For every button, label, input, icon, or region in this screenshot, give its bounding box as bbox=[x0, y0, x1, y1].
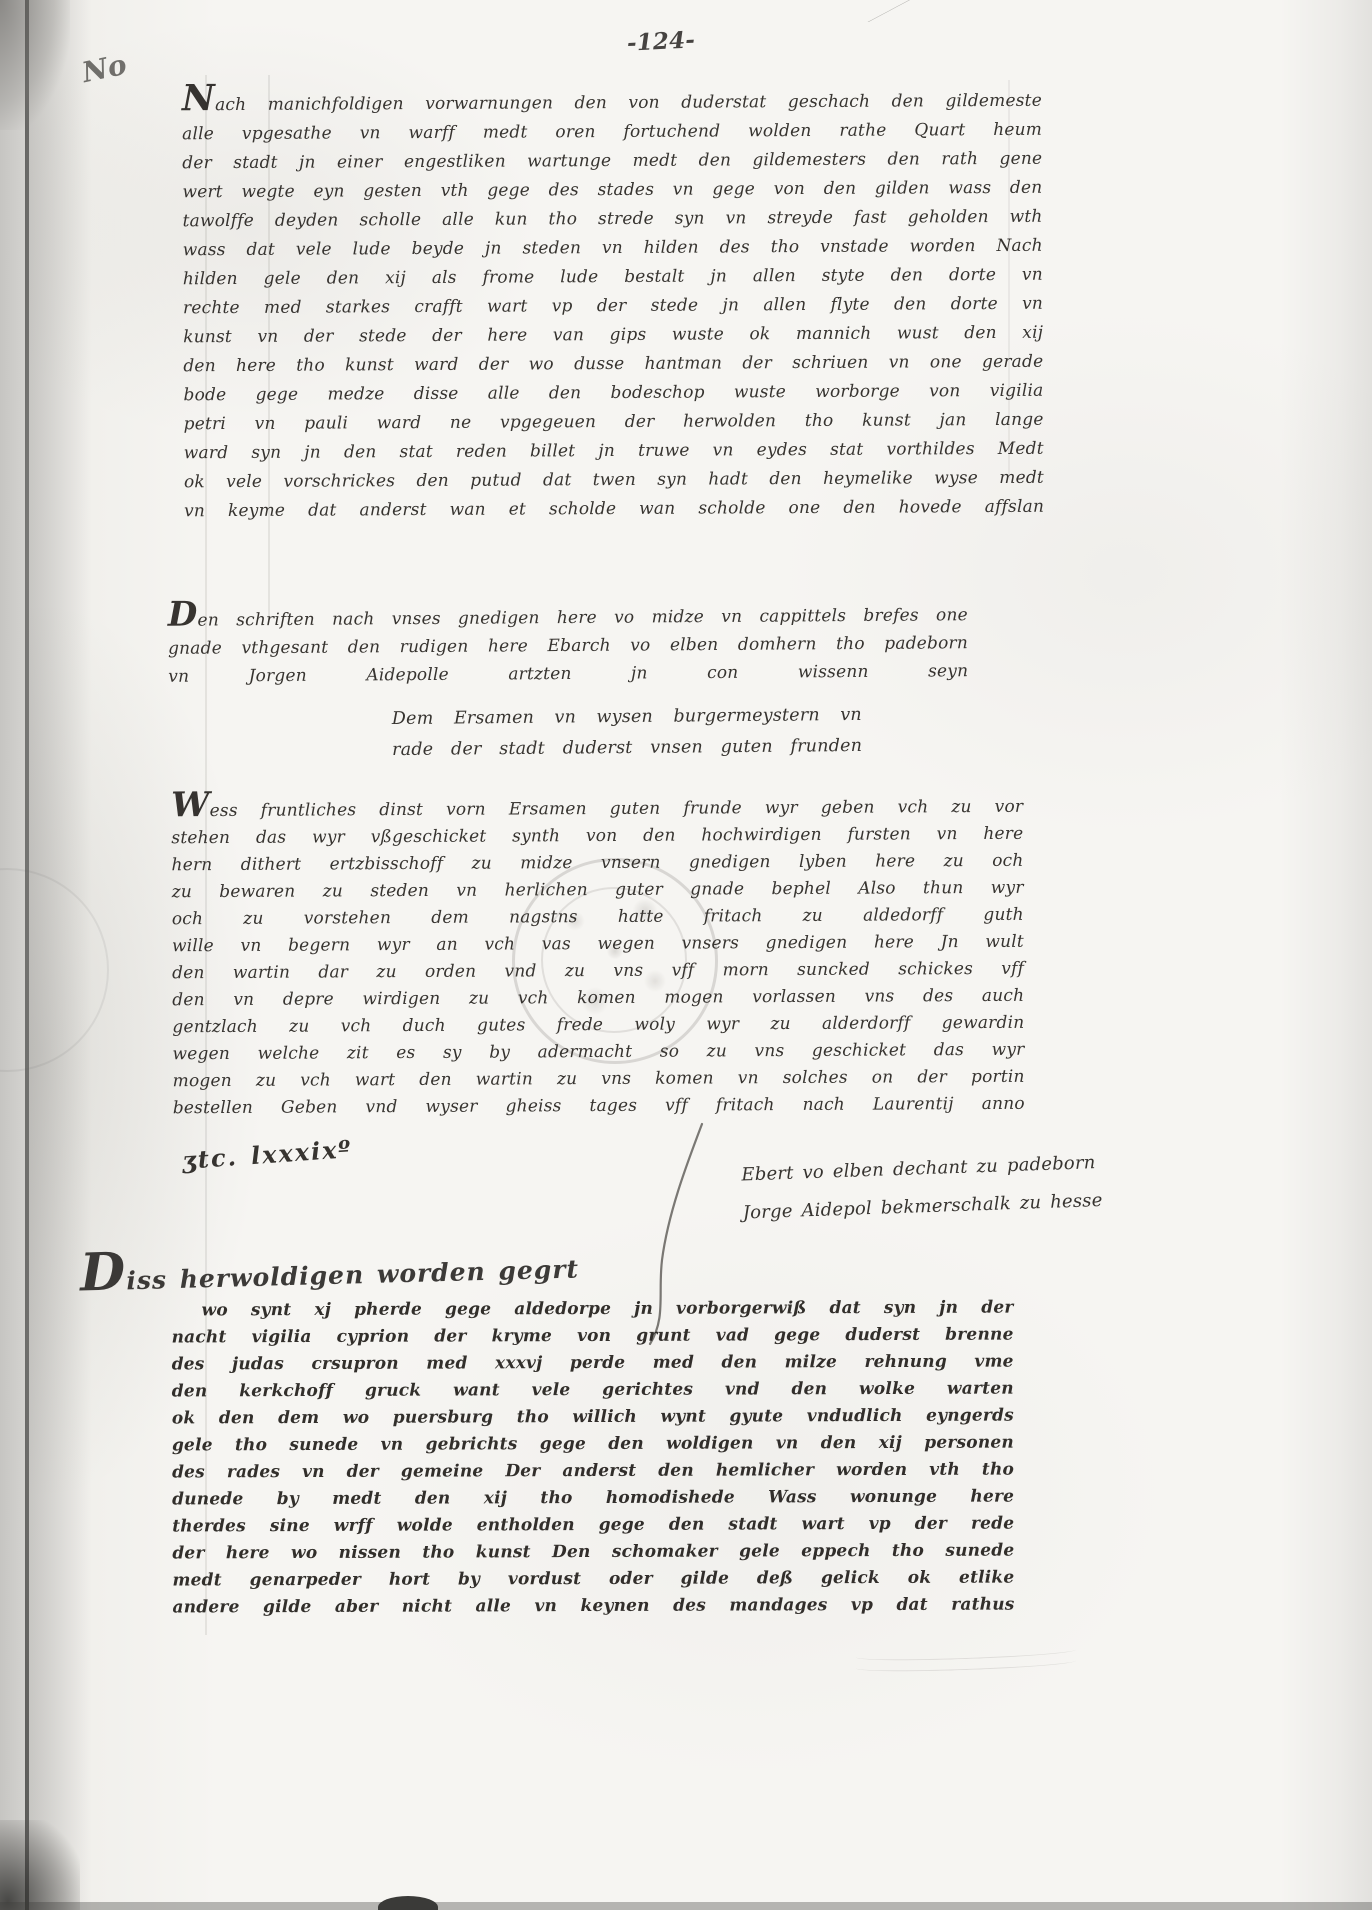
manuscript-line: ward syn jn den stat reden billet jn tru… bbox=[184, 435, 1044, 469]
manuscript-line: Den schriften nach vnses gnedigen here v… bbox=[168, 595, 968, 635]
paragraph-reply-account: wo synt xj pherde gege aldedorpe jn vorb… bbox=[171, 1295, 1014, 1622]
manuscript-line: den kerkchoff gruck want vele gerichtes … bbox=[172, 1376, 1014, 1406]
manuscript-line: rade der stadt duderst vnsen guten frund… bbox=[392, 731, 862, 766]
manuscript-line: andere gilde aber nicht alle vn keynen d… bbox=[172, 1592, 1014, 1622]
manuscript-line: nacht vigilia cyprion der kryme von grun… bbox=[172, 1322, 1014, 1352]
paragraph-report-of-warnings: Nach manichfoldigen vorwarnungen den von… bbox=[182, 80, 1044, 526]
address-block: Dem Ersamen vn wysen burgermeystern vnra… bbox=[392, 700, 863, 766]
manuscript-line: des judas crsupron med xxxvj perde med d… bbox=[172, 1349, 1014, 1379]
manuscript-line: bestellen Geben vnd wyser gheiss tages v… bbox=[173, 1091, 1025, 1122]
manuscript-line: Nach manichfoldigen vorwarnungen den von… bbox=[182, 80, 1042, 121]
bottom-left-stain bbox=[0, 1820, 80, 1910]
manuscript-line: rechte med starkes crafft wart vp der st… bbox=[183, 290, 1043, 324]
manuscript-line: vn Jorgen Aidepolle artzten jn con wisse… bbox=[168, 657, 968, 691]
folio-number: -124- bbox=[595, 25, 726, 59]
manuscript-line: der here wo nissen tho kunst Den schomak… bbox=[172, 1538, 1014, 1568]
manuscript-line: gele tho sunede vn gebrichts gege den wo… bbox=[172, 1430, 1014, 1460]
top-edge-fold-crease bbox=[808, 0, 918, 22]
top-left-stain bbox=[0, 0, 70, 130]
faint-pencil-marks bbox=[856, 1648, 1076, 1682]
paragraph-letter-body: Wess fruntliches dinst vorn Ersamen gute… bbox=[171, 788, 1025, 1122]
signature-block: Ebert vo elben dechant zu padebornJorge … bbox=[741, 1140, 1229, 1233]
manuscript-line: hilden gele den xij als frome lude besta… bbox=[183, 261, 1043, 295]
manuscript-line: wass dat vele lude beyde jn steden vn hi… bbox=[183, 232, 1043, 266]
manuscript-line: der stadt jn einer engestliken wartunge … bbox=[182, 145, 1042, 179]
manuscript-line: therdes sine wrff wolde entholden gege d… bbox=[172, 1511, 1014, 1541]
manuscript-line: Wess fruntliches dinst vorn Ersamen gute… bbox=[171, 788, 1023, 825]
manuscript-line: vn keyme dat anderst wan et scholde wan … bbox=[184, 493, 1044, 527]
manuscript-line: den here tho kunst ward der wo dusse han… bbox=[183, 348, 1043, 382]
manuscript-line: petri vn pauli ward ne vpgegeuen der her… bbox=[184, 406, 1044, 440]
manuscript-line: ok den dem wo puersburg tho willich wynt… bbox=[172, 1403, 1014, 1433]
manuscript-line: wert wegte eyn gesten vth gege des stade… bbox=[182, 174, 1042, 208]
manuscript-line: wo synt xj pherde gege aldedorpe jn vorb… bbox=[171, 1295, 1013, 1325]
paragraph-envoys-sent: Den schriften nach vnses gnedigen here v… bbox=[168, 595, 969, 691]
manuscript-line: ok vele vorschrickes den putud dat twen … bbox=[184, 464, 1044, 498]
manuscript-line: bode gege medze disse alle den bodeschop… bbox=[183, 377, 1043, 411]
date-line: ʒtc. lxxxixº bbox=[181, 1134, 353, 1175]
manuscript-line: Dem Ersamen vn wysen burgermeystern vn bbox=[392, 700, 862, 735]
manuscript-line: kunst vn der stede der here van gips wus… bbox=[183, 319, 1043, 353]
manuscript-page-scan: -124- No Nach manichfoldigen vorwarnunge… bbox=[0, 0, 1372, 1910]
manuscript-line: medt genarpeder hort by vordust oder gil… bbox=[172, 1565, 1014, 1595]
section-heading-reply: Diss herwoldigen worden gegrt bbox=[79, 1229, 579, 1303]
bottom-page-edge bbox=[0, 1902, 1372, 1910]
manuscript-line: des rades vn der gemeine Der anderst den… bbox=[172, 1457, 1014, 1487]
manuscript-line: alle vpgesathe vn warff medt oren fortuc… bbox=[182, 116, 1042, 150]
manuscript-line: tawolffe deyden scholle alle kun tho str… bbox=[182, 203, 1042, 237]
manuscript-line: dunede by medt den xij tho homodishede W… bbox=[172, 1484, 1014, 1514]
